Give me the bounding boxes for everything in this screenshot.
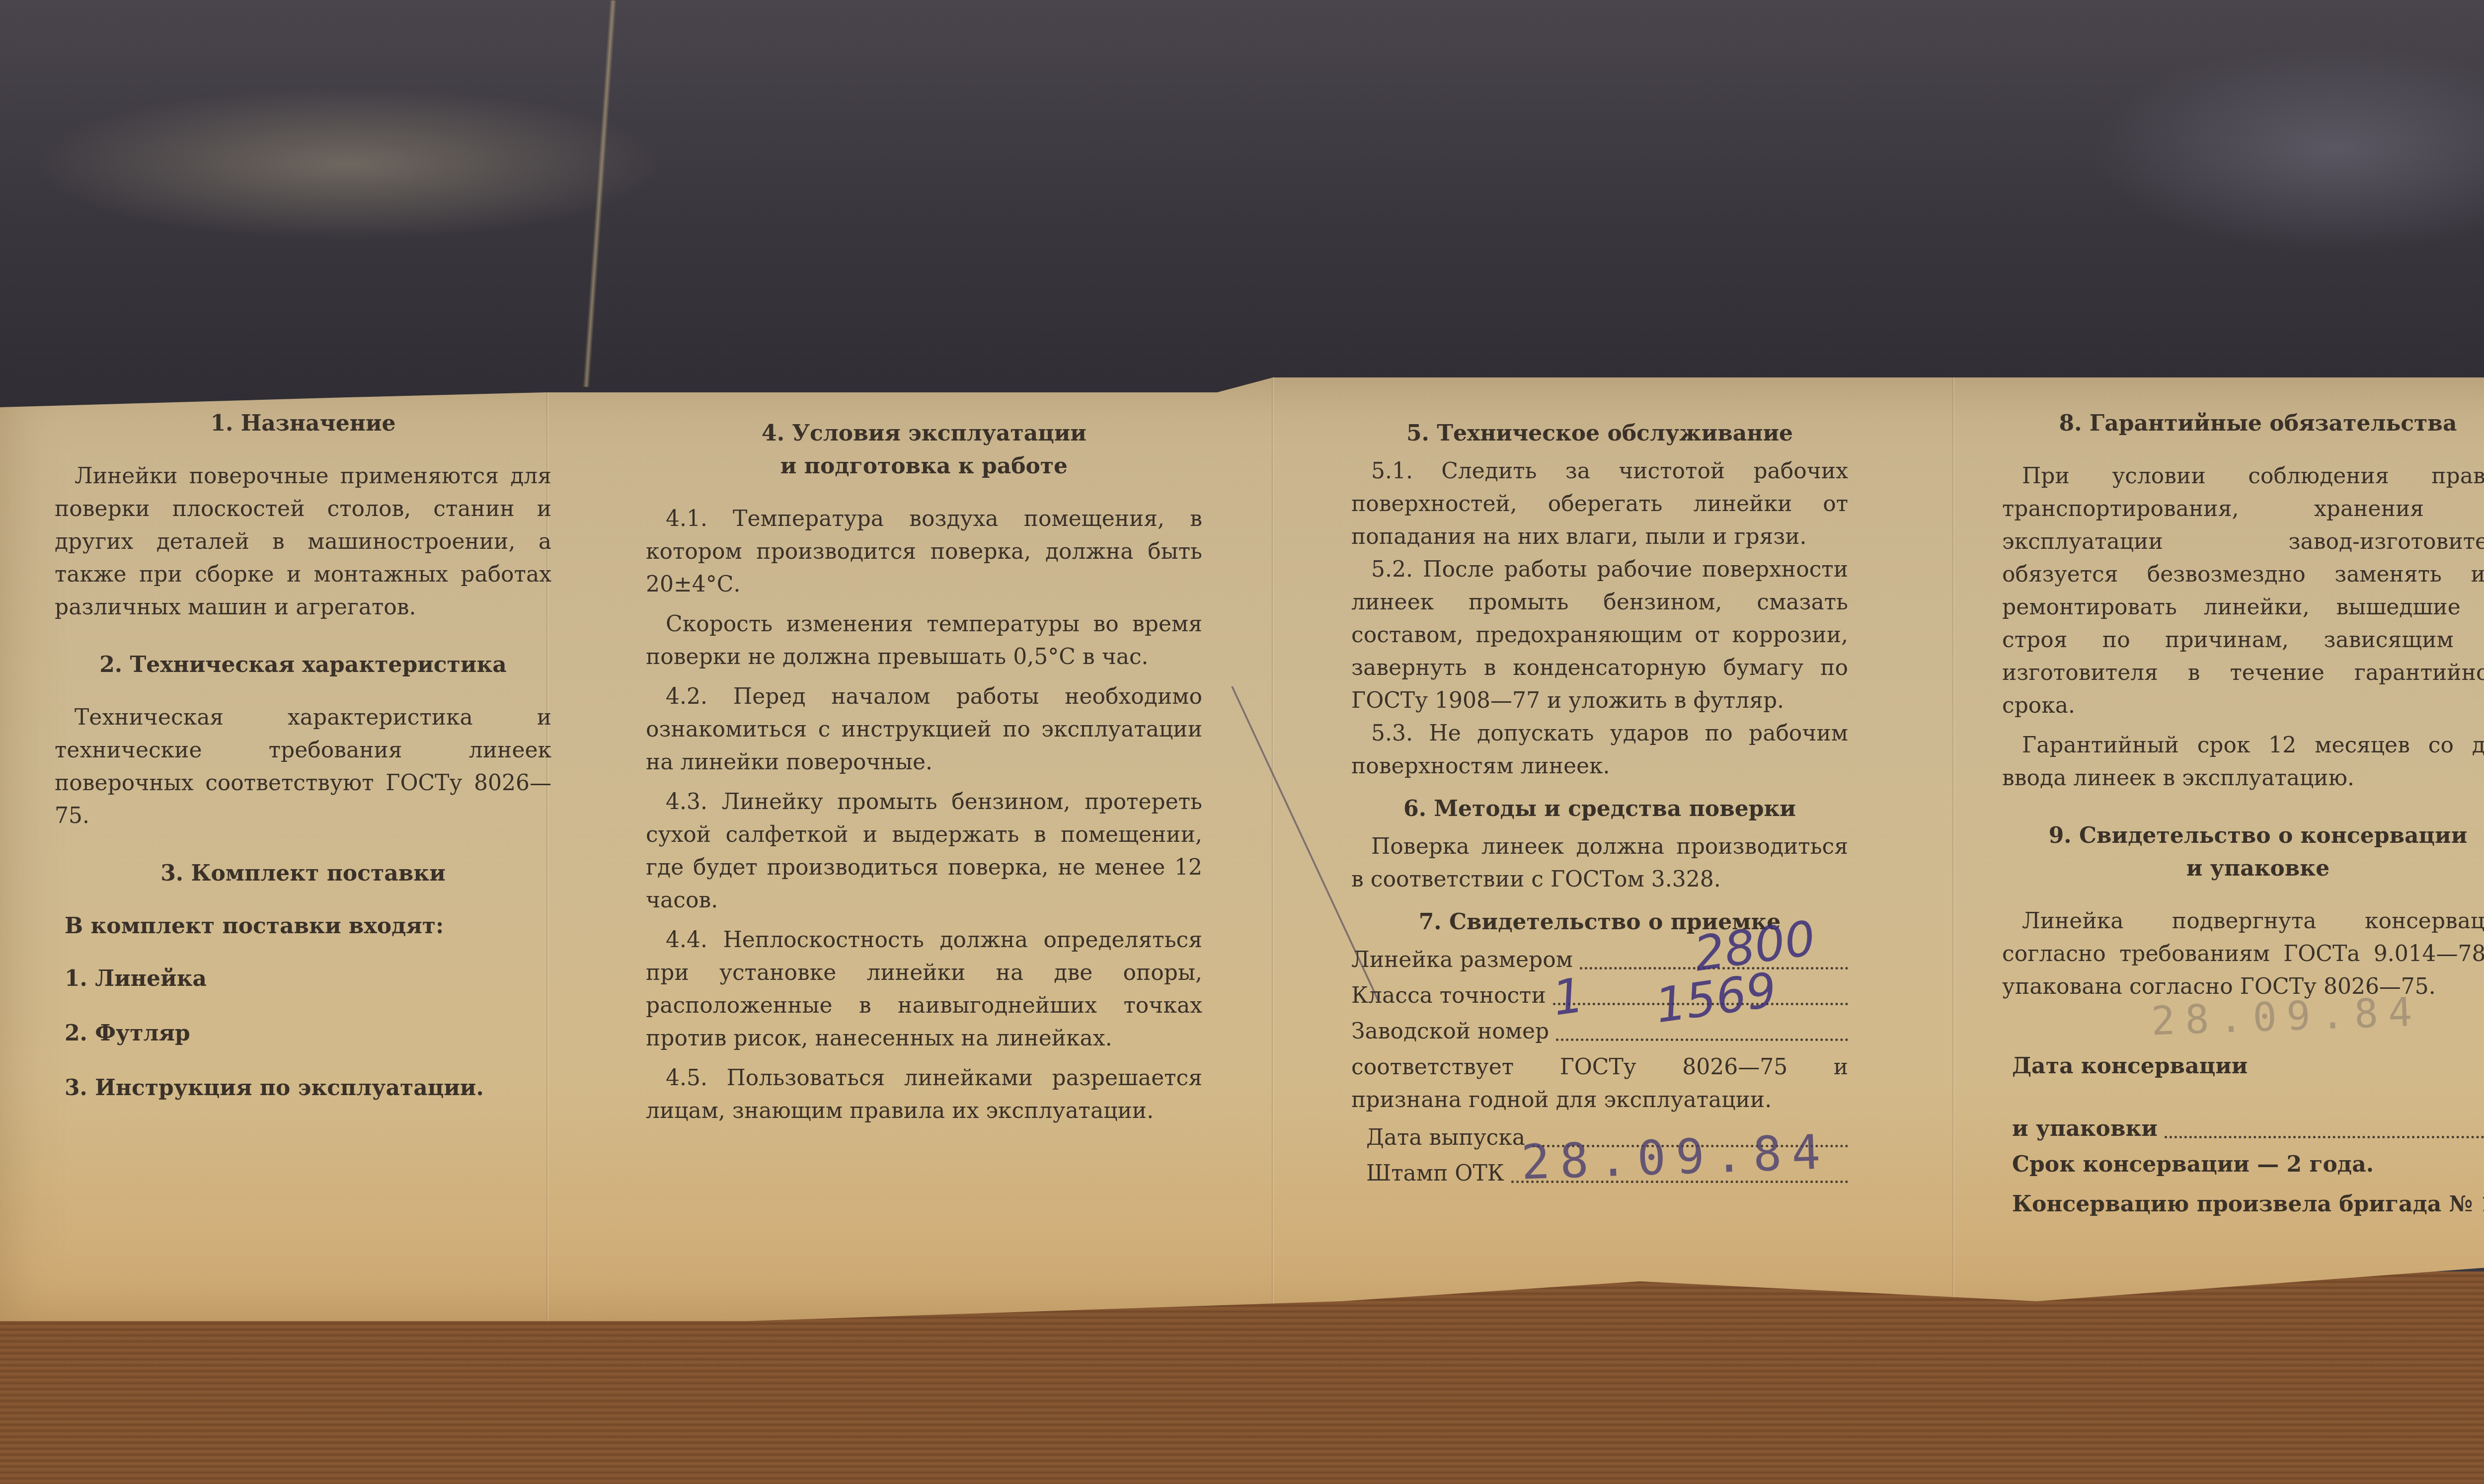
section-heading: 9. Свидетельство о консервации bbox=[2002, 819, 2484, 852]
instruction-leaflet: 1. Назначение Линейки поверочные применя… bbox=[0, 377, 2484, 1321]
section-heading: 1. Назначение bbox=[55, 407, 551, 440]
section-heading: 2. Техническая характеристика bbox=[55, 649, 551, 681]
section-paragraph: 4.3. Линейку промыть бензином, протереть… bbox=[646, 786, 1202, 917]
section-paragraph: Гарантийный срок 12 месяцев со дня ввода… bbox=[2002, 729, 2484, 795]
fold-line bbox=[1952, 377, 1954, 1321]
panel-operating-conditions: 4. Условия эксплуатации и подготовка к р… bbox=[646, 417, 1202, 1134]
list-intro: В комплект поставки входят: bbox=[65, 910, 551, 943]
section-heading: и подготовка к работе bbox=[646, 450, 1202, 483]
section-paragraph: Техническая характеристика и технические… bbox=[55, 701, 551, 832]
section-paragraph: 5.1. Следить за чистотой рабочих поверхн… bbox=[1351, 455, 1848, 553]
panel-purpose: 1. Назначение Линейки поверочные применя… bbox=[55, 407, 551, 1126]
otk-stamp-date: 28.09.84 bbox=[1521, 1135, 1831, 1179]
otk-stamp-field: Штамп ОТК 28.09.84 bbox=[1366, 1157, 1848, 1190]
conservation-stamp-date: 28.09.84 bbox=[2151, 996, 2422, 1038]
section-paragraph: 4.5. Пользоваться линейками разрешается … bbox=[646, 1062, 1202, 1127]
section-paragraph: 4.4. Неплоскостность должна определяться… bbox=[646, 924, 1202, 1055]
section-paragraph: Линейки поверочные применяются для повер… bbox=[55, 460, 551, 624]
section-paragraph: 4.2. Перед началом работы необходимо озн… bbox=[646, 680, 1202, 779]
section-paragraph: 4.1. Температура воздуха помещения, в ко… bbox=[646, 503, 1202, 601]
section-heading: 5. Техническое обслуживание bbox=[1351, 417, 1848, 450]
section-paragraph: При условии соблюдения правил транспорти… bbox=[2002, 460, 2484, 722]
conservation-term: Срок консервации — 2 года. bbox=[2002, 1148, 2484, 1181]
packing-field: и упаковки bbox=[2012, 1113, 2484, 1145]
section-paragraph: Скорость изменения температуры во время … bbox=[646, 608, 1202, 673]
list-item: 1. Линейка bbox=[65, 963, 551, 995]
serial-number-field: Заводской номер 1569 bbox=[1351, 1015, 1848, 1048]
section-heading: 3. Комплект поставки bbox=[55, 857, 551, 890]
fold-line bbox=[1272, 377, 1274, 1321]
list-item: 2. Футляр bbox=[65, 1017, 551, 1050]
compliance-statement: соответствует ГОСТу 8026—75 и признана г… bbox=[1351, 1051, 1848, 1116]
section-heading: 4. Условия эксплуатации bbox=[646, 417, 1202, 450]
section-heading: 8. Гарантийные обязательства bbox=[2002, 407, 2484, 440]
section-heading: и упаковке bbox=[2002, 852, 2484, 885]
panel-warranty: 8. Гарантийные обязательства При условии… bbox=[2002, 407, 2484, 1228]
conservation-date-label: Дата консервации bbox=[2012, 1050, 2484, 1083]
list-item: 3. Инструкция по эксплуатации. bbox=[65, 1072, 551, 1105]
conservation-brigade: Консервацию произвела бригада № 1. bbox=[2002, 1188, 2484, 1221]
